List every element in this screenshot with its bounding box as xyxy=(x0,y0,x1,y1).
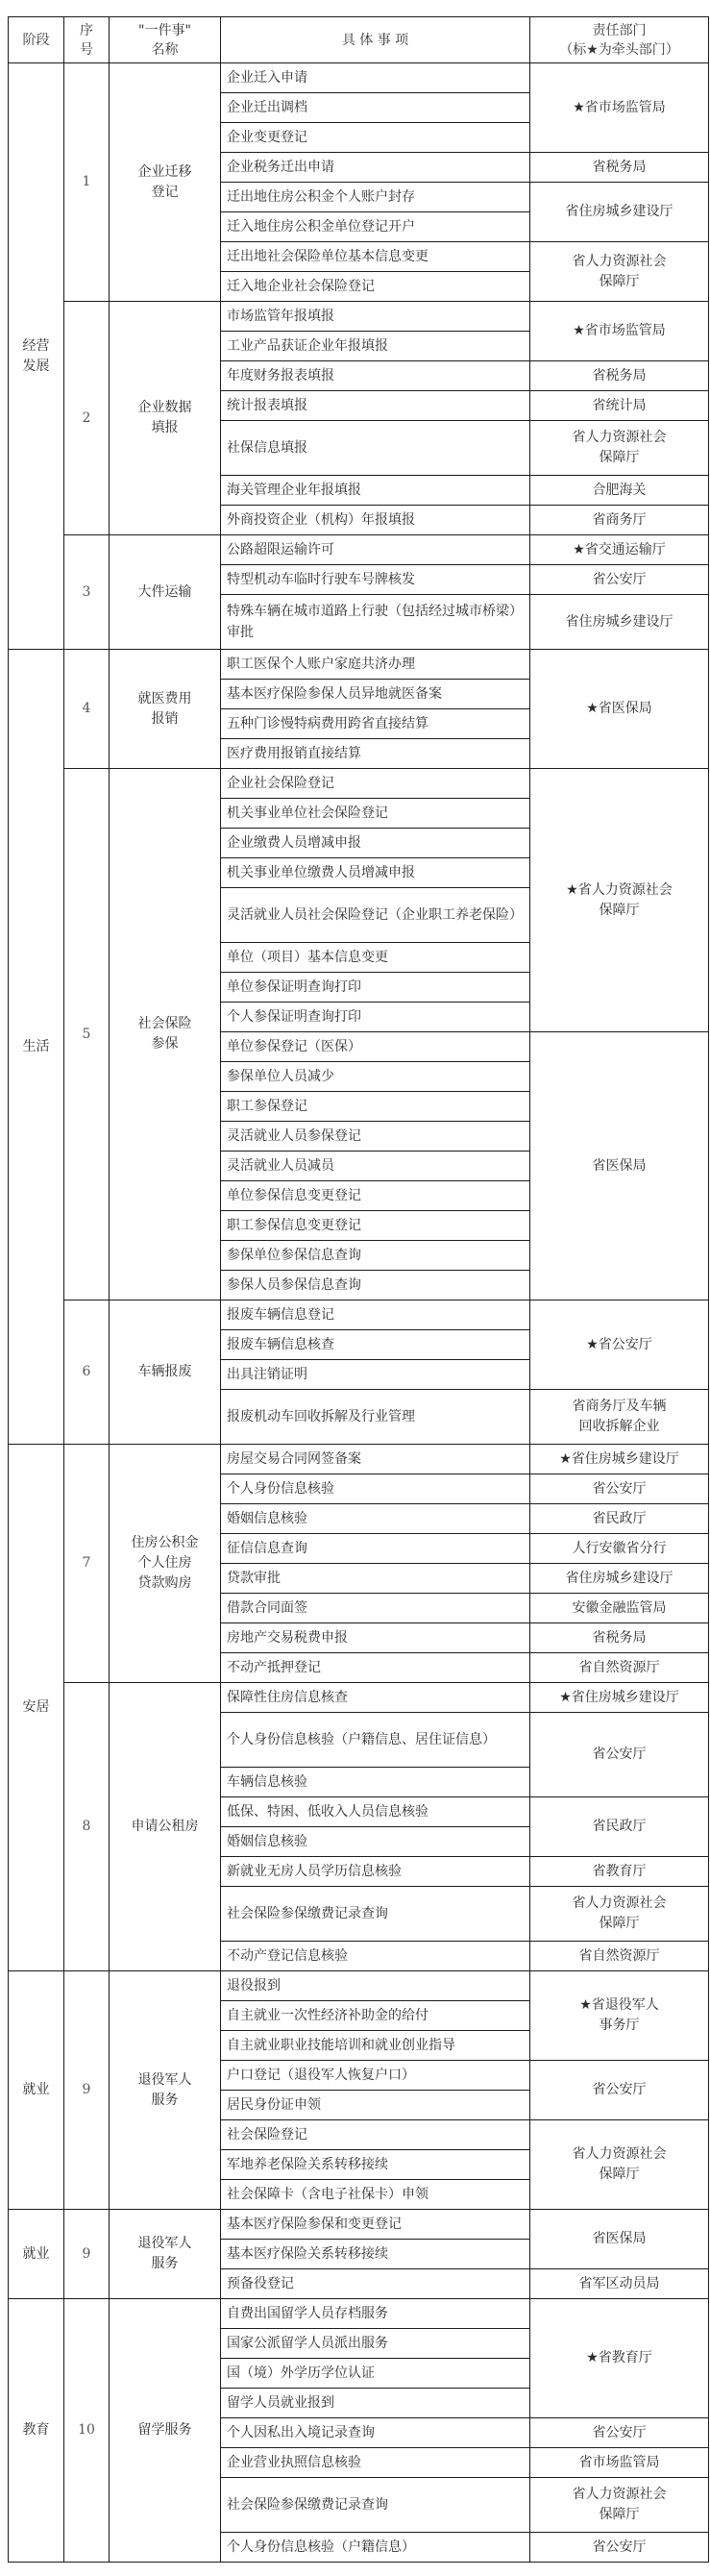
item-cell: 机关事业单位社会保险登记 xyxy=(221,799,530,829)
item-cell: 国家公派留学人员派出服务 xyxy=(221,2329,530,2359)
one-thing-table: 阶段 序 号 "一件事" 名称 具 体 事 项 责任部门 （标★为牵头部门） 经… xyxy=(8,16,709,2563)
item-cell: 户口登记（退役军人恢复户口） xyxy=(221,2061,530,2091)
thing-name-cell: 车辆报废 xyxy=(110,1300,221,1445)
seq-cell: 10 xyxy=(64,2299,110,2563)
dept-cell: 省人力资源社会 保障厅 xyxy=(530,1887,709,1942)
item-cell: 企业迁入申请 xyxy=(221,63,530,93)
header-seq: 序 号 xyxy=(64,17,110,63)
dept-cell: ★省住房城乡建设厅 xyxy=(530,1445,709,1474)
dept-cell: 省自然资源厅 xyxy=(530,1942,709,1971)
thing-name-cell: 社会保险 参保 xyxy=(110,769,221,1300)
item-cell: 房地产交易税费申报 xyxy=(221,1623,530,1653)
item-cell: 灵活就业人员参保登记 xyxy=(221,1122,530,1152)
item-cell: 企业变更登记 xyxy=(221,123,530,153)
header-items: 具 体 事 项 xyxy=(221,17,530,63)
stage-cell: 生活 xyxy=(9,650,64,1445)
dept-cell: ★省公安厅 xyxy=(530,1300,709,1390)
item-cell: 医疗费用报销直接结算 xyxy=(221,739,530,769)
table-row: 就业9退役军人 服务基本医疗保险参保和变更登记省医保局 xyxy=(9,2210,709,2240)
stage-cell: 就业 xyxy=(9,2210,64,2299)
item-cell: 企业税务迁出申请 xyxy=(221,153,530,183)
dept-cell: 省人力资源社会 保障厅 xyxy=(530,2478,709,2533)
thing-name-cell: 住房公积金 个人住房 贷款购房 xyxy=(110,1445,221,1683)
item-cell: 低保、特困、低收入人员信息核验 xyxy=(221,1797,530,1827)
thing-name-cell: 企业迁移 登记 xyxy=(110,63,221,302)
item-cell: 基本医疗保险关系转移接续 xyxy=(221,2240,530,2269)
seq-cell: 9 xyxy=(64,1971,110,2210)
item-cell: 海关管理企业年报填报 xyxy=(221,476,530,506)
dept-cell: 省人力资源社会 保障厅 xyxy=(530,242,709,302)
seq-cell: 2 xyxy=(64,302,110,535)
header-name: "一件事" 名称 xyxy=(110,17,221,63)
dept-cell: 省公安厅 xyxy=(530,565,709,595)
table-row: 安居7住房公积金 个人住房 贷款购房房屋交易合同网签备案★省住房城乡建设厅 xyxy=(9,1445,709,1474)
stage-cell: 教育 xyxy=(9,2299,64,2563)
item-cell: 职工参保登记 xyxy=(221,1092,530,1122)
item-cell: 统计报表填报 xyxy=(221,391,530,421)
thing-name-cell: 大件运输 xyxy=(110,535,221,650)
dept-cell: ★省教育厅 xyxy=(530,2299,709,2418)
header-dept: 责任部门 （标★为牵头部门） xyxy=(530,17,709,63)
item-cell: 借款合同面签 xyxy=(221,1594,530,1623)
dept-cell: 省商务厅 xyxy=(530,506,709,535)
dept-cell: ★省住房城乡建设厅 xyxy=(530,1683,709,1713)
table-row: 6车辆报废报废车辆信息登记★省公安厅 xyxy=(9,1300,709,1330)
item-cell: 不动产登记信息核验 xyxy=(221,1942,530,1971)
item-cell: 五种门诊慢特病费用跨省直接结算 xyxy=(221,709,530,739)
thing-name-cell: 申请公租房 xyxy=(110,1683,221,1971)
item-cell: 单位参保证明查询打印 xyxy=(221,973,530,1003)
item-cell: 个人身份信息核验（户籍信息、居住证信息） xyxy=(221,1713,530,1768)
item-cell: 自费出国留学人员存档服务 xyxy=(221,2299,530,2329)
item-cell: 基本医疗保险参保人员异地就医备案 xyxy=(221,680,530,709)
item-cell: 自主就业职业技能培训和就业创业指导 xyxy=(221,2031,530,2061)
item-cell: 企业缴费人员增减申报 xyxy=(221,829,530,858)
item-cell: 个人身份信息核验（户籍信息） xyxy=(221,2533,530,2563)
item-cell: 灵活就业人员减员 xyxy=(221,1152,530,1181)
thing-name-cell: 企业数据 填报 xyxy=(110,302,221,535)
dept-cell: 省统计局 xyxy=(530,391,709,421)
item-cell: 婚姻信息核验 xyxy=(221,1827,530,1857)
item-cell: 市场监管年报填报 xyxy=(221,302,530,332)
item-cell: 报废车辆信息登记 xyxy=(221,1300,530,1330)
item-cell: 预备役登记 xyxy=(221,2269,530,2299)
item-cell: 社会保险参保缴费记录查询 xyxy=(221,1887,530,1942)
table-row: 8申请公租房保障性住房信息核查★省住房城乡建设厅 xyxy=(9,1683,709,1713)
item-cell: 参保单位参保信息查询 xyxy=(221,1241,530,1271)
dept-cell: 安徽金融监管局 xyxy=(530,1594,709,1623)
item-cell: 工业产品获证企业年报填报 xyxy=(221,332,530,361)
item-cell: 车辆信息核验 xyxy=(221,1768,530,1797)
item-cell: 参保单位人员减少 xyxy=(221,1062,530,1092)
seq-cell: 3 xyxy=(64,535,110,650)
dept-cell: ★省退役军人 事务厅 xyxy=(530,1971,709,2061)
stage-cell: 经营 发展 xyxy=(9,63,64,650)
item-cell: 迁入地住房公积金单位登记开户 xyxy=(221,212,530,242)
stage-cell: 安居 xyxy=(9,1445,64,1971)
item-cell: 自主就业一次性经济补助金的给付 xyxy=(221,2001,530,2031)
table-body: 经营 发展1企业迁移 登记企业迁入申请★省市场监管局企业迁出调档企业变更登记企业… xyxy=(9,63,709,2563)
item-cell: 不动产抵押登记 xyxy=(221,1653,530,1683)
item-cell: 职工医保个人账户家庭共济办理 xyxy=(221,650,530,680)
item-cell: 新就业无房人员学历信息核验 xyxy=(221,1857,530,1887)
item-cell: 军地养老保险关系转移接续 xyxy=(221,2150,530,2180)
dept-cell: 省民政厅 xyxy=(530,1504,709,1534)
seq-cell: 1 xyxy=(64,63,110,302)
table-row: 5社会保险 参保企业社会保险登记★省人力资源社会 保障厅 xyxy=(9,769,709,799)
thing-name-cell: 退役军人 服务 xyxy=(110,2210,221,2299)
dept-cell: 省税务局 xyxy=(530,153,709,183)
item-cell: 年度财务报表填报 xyxy=(221,361,530,391)
item-cell: 保障性住房信息核查 xyxy=(221,1683,530,1713)
dept-cell: 省公安厅 xyxy=(530,2418,709,2448)
item-cell: 个人身份信息核验 xyxy=(221,1474,530,1504)
item-cell: 企业迁出调档 xyxy=(221,93,530,123)
item-cell: 特殊车辆在城市道路上行驶（包括经过城市桥梁）审批 xyxy=(221,595,530,650)
table-header-row: 阶段 序 号 "一件事" 名称 具 体 事 项 责任部门 （标★为牵头部门） xyxy=(9,17,709,63)
seq-cell: 6 xyxy=(64,1300,110,1445)
thing-name-cell: 就医费用 报销 xyxy=(110,650,221,769)
item-cell: 机关事业单位缴费人员增减申报 xyxy=(221,858,530,888)
dept-cell: ★省医保局 xyxy=(530,650,709,769)
dept-cell: ★省市场监管局 xyxy=(530,63,709,153)
dept-cell: 省医保局 xyxy=(530,1032,709,1300)
seq-cell: 4 xyxy=(64,650,110,769)
item-cell: 报废车辆信息核查 xyxy=(221,1330,530,1360)
dept-cell: 省住房城乡建设厅 xyxy=(530,1564,709,1594)
item-cell: 单位（项目）基本信息变更 xyxy=(221,943,530,973)
item-cell: 社会保险登记 xyxy=(221,2120,530,2150)
stage-cell: 就业 xyxy=(9,1971,64,2210)
item-cell: 个人因私出入境记录查询 xyxy=(221,2418,530,2448)
item-cell: 征信信息查询 xyxy=(221,1534,530,1564)
header-stage: 阶段 xyxy=(9,17,64,63)
item-cell: 国（境）外学历学位认证 xyxy=(221,2359,530,2389)
dept-cell: 省市场监管局 xyxy=(530,2448,709,2478)
dept-cell: 省民政厅 xyxy=(530,1797,709,1857)
dept-cell: 省公安厅 xyxy=(530,1713,709,1797)
table-row: 生活4就医费用 报销职工医保个人账户家庭共济办理★省医保局 xyxy=(9,650,709,680)
item-cell: 贷款审批 xyxy=(221,1564,530,1594)
item-cell: 基本医疗保险参保和变更登记 xyxy=(221,2210,530,2240)
dept-cell: 省公安厅 xyxy=(530,1474,709,1504)
dept-cell: 合肥海关 xyxy=(530,476,709,506)
thing-name-cell: 退役军人 服务 xyxy=(110,1971,221,2210)
seq-cell: 7 xyxy=(64,1445,110,1683)
dept-cell: 省商务厅及车辆 回收拆解企业 xyxy=(530,1390,709,1445)
item-cell: 外商投资企业（机构）年报填报 xyxy=(221,506,530,535)
item-cell: 企业社会保险登记 xyxy=(221,769,530,799)
dept-cell: ★省人力资源社会 保障厅 xyxy=(530,769,709,1032)
dept-cell: 省人力资源社会 保障厅 xyxy=(530,421,709,476)
dept-cell: 省教育厅 xyxy=(530,1857,709,1887)
dept-cell: 省公安厅 xyxy=(530,2533,709,2563)
item-cell: 迁出地社会保险单位基本信息变更 xyxy=(221,242,530,272)
item-cell: 社会保险参保缴费记录查询 xyxy=(221,2478,530,2533)
dept-cell: ★省市场监管局 xyxy=(530,302,709,361)
item-cell: 单位参保登记（医保） xyxy=(221,1032,530,1062)
item-cell: 单位参保信息变更登记 xyxy=(221,1181,530,1211)
item-cell: 公路超限运输许可 xyxy=(221,535,530,565)
item-cell: 迁出地住房公积金个人账户封存 xyxy=(221,183,530,212)
seq-cell: 5 xyxy=(64,769,110,1300)
table-row: 教育10留学服务自费出国留学人员存档服务★省教育厅 xyxy=(9,2299,709,2329)
item-cell: 企业营业执照信息核验 xyxy=(221,2448,530,2478)
dept-cell: 省税务局 xyxy=(530,1623,709,1653)
dept-cell: 省医保局 xyxy=(530,2210,709,2269)
dept-cell: 省军区动员局 xyxy=(530,2269,709,2299)
item-cell: 房屋交易合同网签备案 xyxy=(221,1445,530,1474)
dept-cell: 省住房城乡建设厅 xyxy=(530,183,709,242)
item-cell: 婚姻信息核验 xyxy=(221,1504,530,1534)
dept-cell: ★省交通运输厅 xyxy=(530,535,709,565)
dept-cell: 省住房城乡建设厅 xyxy=(530,595,709,650)
dept-cell: 省税务局 xyxy=(530,361,709,391)
item-cell: 社会保障卡（含电子社保卡）申领 xyxy=(221,2180,530,2210)
seq-cell: 8 xyxy=(64,1683,110,1971)
item-cell: 个人参保证明查询打印 xyxy=(221,1003,530,1032)
item-cell: 职工参保信息变更登记 xyxy=(221,1211,530,1241)
item-cell: 居民身份证申领 xyxy=(221,2091,530,2120)
table-row: 就业9退役军人 服务退役报到★省退役军人 事务厅 xyxy=(9,1971,709,2001)
dept-cell: 省人力资源社会 保障厅 xyxy=(530,2120,709,2210)
item-cell: 灵活就业人员社会保险登记（企业职工养老保险） xyxy=(221,888,530,943)
table-row: 经营 发展1企业迁移 登记企业迁入申请★省市场监管局 xyxy=(9,63,709,93)
item-cell: 社保信息填报 xyxy=(221,421,530,476)
dept-cell: 省自然资源厅 xyxy=(530,1653,709,1683)
table-row: 3大件运输公路超限运输许可★省交通运输厅 xyxy=(9,535,709,565)
item-cell: 出具注销证明 xyxy=(221,1360,530,1390)
item-cell: 迁入地企业社会保险登记 xyxy=(221,272,530,302)
item-cell: 留学人员就业报到 xyxy=(221,2389,530,2418)
item-cell: 参保人员参保信息查询 xyxy=(221,1271,530,1300)
item-cell: 退役报到 xyxy=(221,1971,530,2001)
thing-name-cell: 留学服务 xyxy=(110,2299,221,2563)
seq-cell: 9 xyxy=(64,2210,110,2299)
item-cell: 报废机动车回收拆解及行业管理 xyxy=(221,1390,530,1445)
item-cell: 特型机动车临时行驶车号牌核发 xyxy=(221,565,530,595)
table-row: 2企业数据 填报市场监管年报填报★省市场监管局 xyxy=(9,302,709,332)
dept-cell: 省公安厅 xyxy=(530,2061,709,2120)
dept-cell: 人行安徽省分行 xyxy=(530,1534,709,1564)
